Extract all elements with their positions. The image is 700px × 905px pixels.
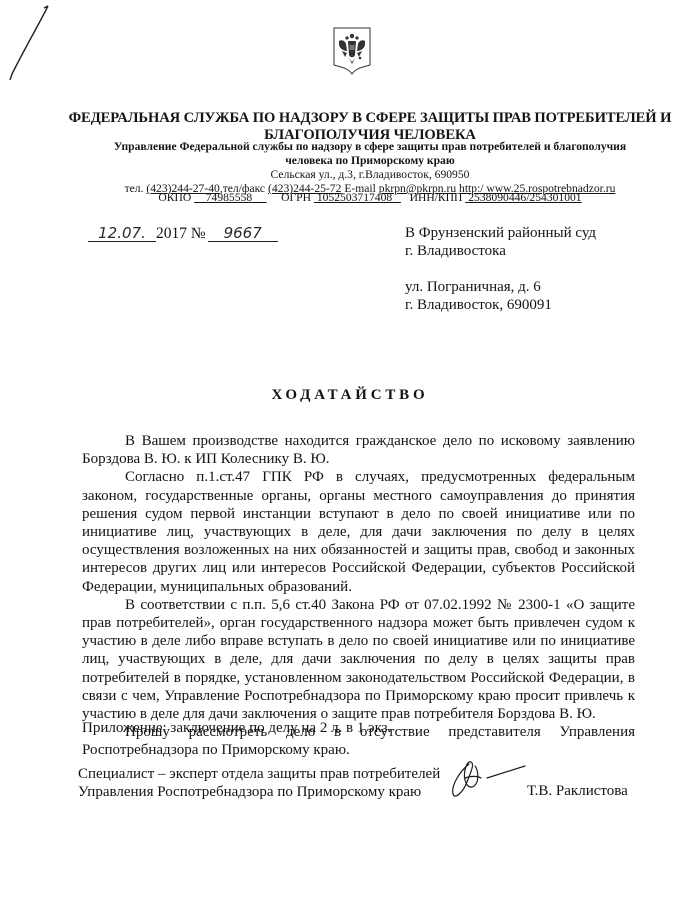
russian-coat-of-arms-icon [333,27,371,75]
body-paragraph: В соответствии с п.п. 5,6 ст.40 Закона Р… [82,596,635,723]
ogrn-label: ОГРН [281,191,311,204]
okpo-value: 74985558 [194,191,266,204]
addressee-block: В Фрунзенский районный суд г. Владивосто… [405,224,596,314]
attachment-note: Приложение: заключение по делу на 2 л. в… [82,720,391,737]
outgoing-date-number: 12.07.2017 №9667 [88,225,278,243]
handwritten-number: 9667 [208,225,278,242]
signatory-name: Т.В. Раклистова [527,783,628,800]
signatory-role: Специалист – эксперт отдела защиты прав … [78,765,440,801]
addressee-city: г. Владивостока [405,242,596,260]
signatory-role-line1: Специалист – эксперт отдела защиты прав … [78,765,440,783]
agency-subtitle-line1: Управление Федеральной службы по надзору… [60,140,680,154]
document-body: В Вашем производстве находится гражданск… [82,432,635,760]
handwritten-signature-icon [447,758,537,802]
signatory-role-line2: Управления Роспотребнадзора по Приморско… [78,783,440,801]
agency-subtitle: Управление Федеральной службы по надзору… [60,140,680,168]
agency-requisites: ОКПО 74985558 ОГРН 1052503717408 ИНН/КПП… [60,191,680,204]
okpo-label: ОКПО [158,191,191,204]
body-paragraph: В Вашем производстве находится гражданск… [82,432,635,468]
agency-title: ФЕДЕРАЛЬНАЯ СЛУЖБА ПО НАДЗОРУ В СФЕРЕ ЗА… [60,110,680,144]
inn-kpp-label: ИНН/КПП [410,191,463,204]
addressee-postal: г. Владивосток, 690091 [405,296,596,314]
addressee-court: В Фрунзенский районный суд [405,224,596,242]
agency-address: Сельская ул., д.3, г.Владивосток, 690950 [60,168,680,182]
inn-kpp-value: 2538090446/254301001 [465,191,581,204]
handwritten-date: 12.07. [88,225,156,242]
agency-subtitle-line2: человека по Приморскому краю [60,154,680,168]
outgoing-year: 2017 № [156,225,206,242]
pen-mark-icon [4,2,49,84]
addressee-street: ул. Пограничная, д. 6 [405,278,596,296]
document-title: ХОДАТАЙСТВО [0,387,700,404]
body-paragraph: Согласно п.1.ст.47 ГПК РФ в случаях, пре… [82,468,635,595]
ogrn-value: 1052503717408 [314,191,401,204]
agency-title-line1: ФЕДЕРАЛЬНАЯ СЛУЖБА ПО НАДЗОРУ В СФЕРЕ ЗА… [60,110,680,127]
